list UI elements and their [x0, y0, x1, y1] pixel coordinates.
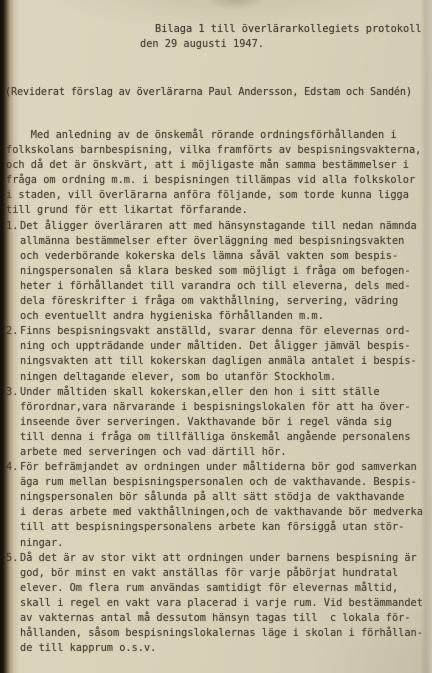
list-item-4: 4. För befrämjandet av ordningen under m…	[6, 460, 430, 551]
item-number: 1.	[6, 219, 20, 234]
paper-smudge	[205, 0, 265, 10]
item-number: 3.	[6, 385, 20, 400]
item-number: 4.	[6, 460, 20, 475]
list-item-1: 1. Det åligger överläraren att med hänsy…	[6, 219, 430, 325]
item-text: Finns bespisningsvakt anställd, svarar d…	[20, 324, 417, 384]
intro-paragraph: Med anledning av de önskemål rörande ord…	[6, 128, 430, 219]
document-body: Med anledning av de önskemål rörande ord…	[6, 128, 430, 656]
item-number: 2.	[6, 324, 20, 339]
list-item-3: 3. Under måltiden skall kokerskan,eller …	[6, 385, 430, 460]
scanned-page: Bilaga 1 till överlärarkollegiets protok…	[0, 0, 432, 673]
item-text: Det åligger överläraren att med hänsynst…	[20, 219, 417, 325]
list-item-5: 5. Då det är av stor vikt att ordningen …	[6, 551, 430, 657]
item-text: Under måltiden skall kokerskan,eller den…	[20, 385, 411, 460]
list-item-2: 2. Finns bespisningsvakt anställd, svara…	[6, 324, 430, 384]
header-line-1: Bilaga 1 till överlärarkollegiets protok…	[155, 23, 422, 35]
item-number: 5.	[6, 551, 20, 566]
item-text: För befrämjandet av ordningen under målt…	[20, 460, 423, 551]
subtitle-line: (Reviderat förslag av överlärarna Paul A…	[5, 87, 412, 98]
header-line-2: den 29 augusti 1947.	[140, 38, 264, 50]
item-text: Då det är av stor vikt att ordningen und…	[20, 551, 423, 657]
